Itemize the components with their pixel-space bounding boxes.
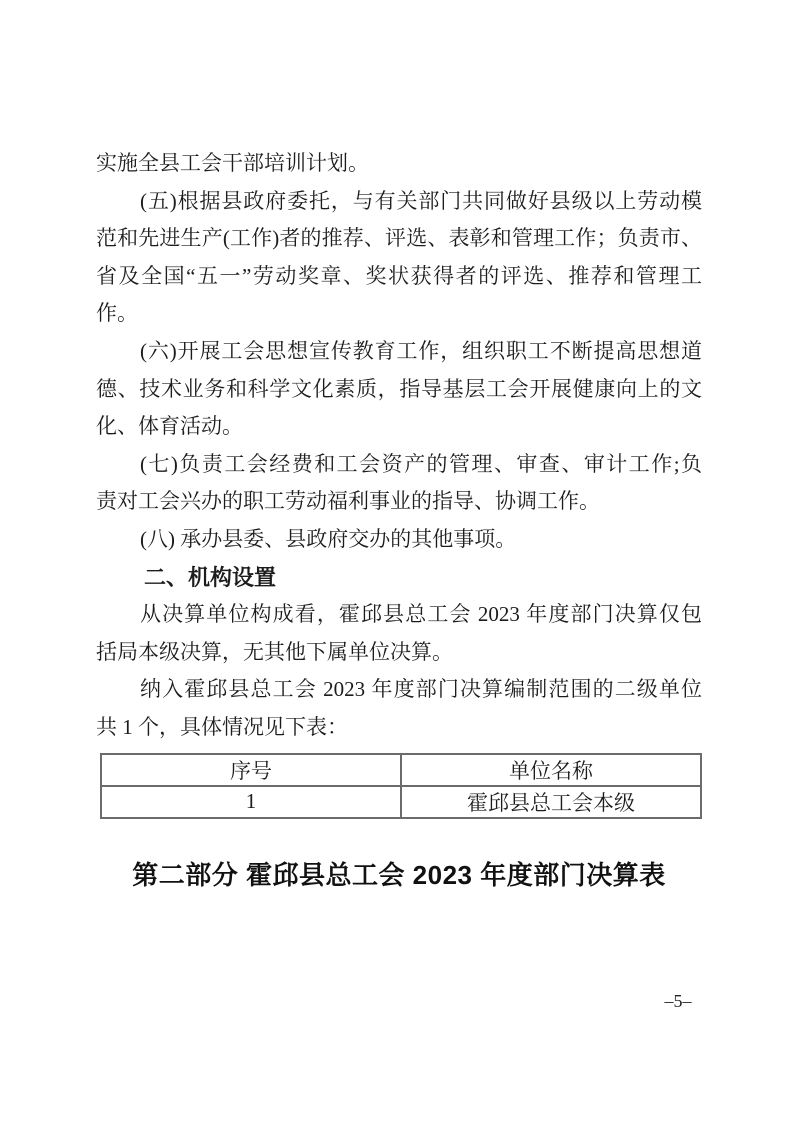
table-header-row: 序号 单位名称	[101, 754, 701, 786]
text-line: 化、体育活动。	[96, 408, 702, 446]
text-line: (六)开展工会思想宣传教育工作，组织职工不断提高思想道	[96, 333, 702, 371]
text-line: 责对工会兴办的职工劳动福利事业的指导、协调工作。	[96, 483, 702, 521]
text-line: 纳入霍邱县总工会 2023 年度部门决算编制范围的二级单位	[96, 671, 702, 709]
text-line: 作。	[96, 295, 702, 333]
table-header-cell-unit-name: 单位名称	[401, 754, 701, 786]
table-row: 1 霍邱县总工会本级	[101, 786, 701, 818]
table-cell-seq: 1	[101, 786, 401, 818]
text-line: (八) 承办县委、县政府交办的其他事项。	[96, 521, 702, 559]
text-line: (七)负责工会经费和工会资产的管理、审查、审计工作;负	[96, 446, 702, 484]
table-header-cell-seq: 序号	[101, 754, 401, 786]
page-content: 实施全县工会干部培训计划。(五)根据县政府委托，与有关部门共同做好县级以上劳动模…	[96, 145, 702, 893]
sub-heading: 二、机构设置	[96, 559, 702, 597]
text-line: 实施全县工会干部培训计划。	[96, 145, 702, 183]
text-line: 范和先进生产(工作)者的推荐、评选、表彰和管理工作；负责市、	[96, 220, 702, 258]
text-line: (五)根据县政府委托，与有关部门共同做好县级以上劳动模	[96, 183, 702, 221]
text-line: 省及全国“五一”劳动奖章、奖状获得者的评选、推荐和管理工	[96, 258, 702, 296]
table-cell-unit-name: 霍邱县总工会本级	[401, 786, 701, 818]
text-line: 括局本级决算，无其他下属单位决算。	[96, 634, 702, 672]
text-line: 德、技术业务和科学文化素质，指导基层工会开展健康向上的文	[96, 371, 702, 409]
text-line: 从决算单位构成看，霍邱县总工会 2023 年度部门决算仅包	[96, 596, 702, 634]
page-number: –5–	[650, 990, 706, 1012]
section-heading: 第二部分 霍邱县总工会 2023 年度部门决算表	[96, 857, 702, 893]
body-text-block: 实施全县工会干部培训计划。(五)根据县政府委托，与有关部门共同做好县级以上劳动模…	[96, 145, 702, 747]
units-table: 序号 单位名称 1 霍邱县总工会本级	[100, 753, 702, 819]
text-line: 共 1 个，具体情况见下表：	[96, 709, 702, 747]
document-page: 实施全县工会干部培训计划。(五)根据县政府委托，与有关部门共同做好县级以上劳动模…	[0, 0, 793, 1122]
